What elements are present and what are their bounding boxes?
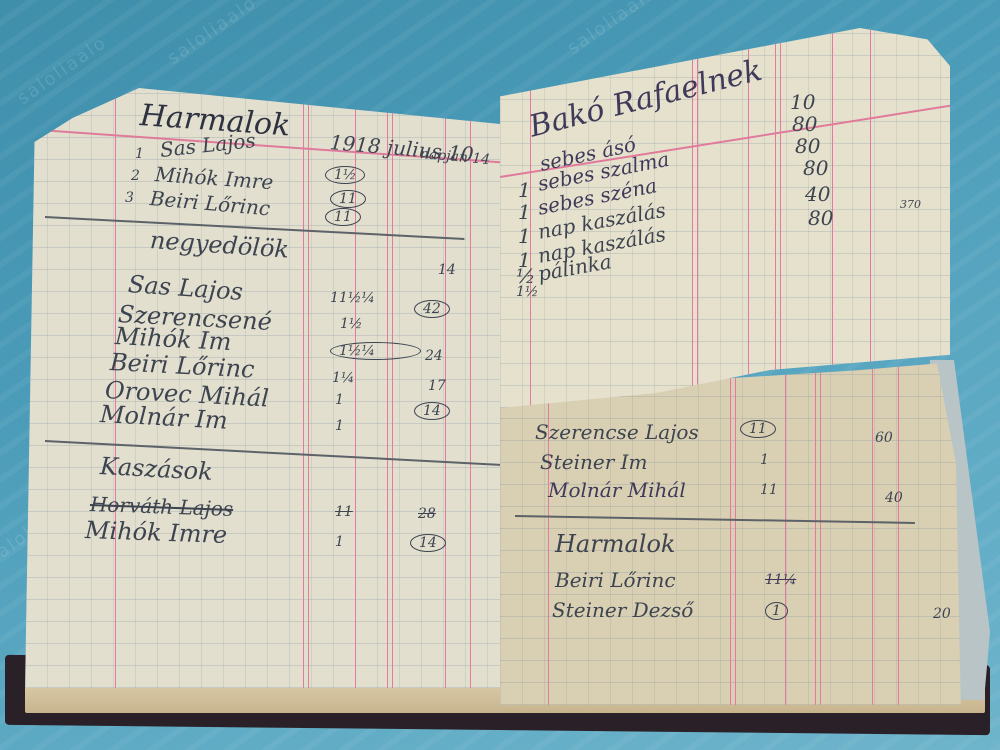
- quantity-circled: 11: [740, 420, 776, 438]
- rule-line: [303, 88, 309, 688]
- worker-name: Molnár Mihál: [548, 478, 686, 502]
- worker-name: Steiner Im: [540, 450, 647, 474]
- amount: 17: [428, 378, 446, 394]
- amount-circled: 42: [414, 300, 450, 318]
- quantity-circled: 11: [330, 190, 366, 208]
- pencil-divider: [515, 515, 915, 523]
- row-number: 2: [131, 168, 140, 184]
- worker-name: Beiri Lőrinc: [555, 568, 676, 592]
- rule-line: [785, 360, 786, 705]
- amount: 40: [885, 490, 903, 506]
- rule-line: [548, 360, 549, 705]
- amount: 60: [875, 430, 893, 446]
- worker-name: Szerencse Lajos: [535, 420, 699, 444]
- watermark-text: saloliaalo: [163, 0, 261, 69]
- quantity: 1: [335, 418, 344, 434]
- price: 80: [795, 134, 820, 158]
- quantity: 1¼: [332, 370, 354, 386]
- watermark-text: saloliaalo: [563, 0, 661, 59]
- quantity: 11: [760, 482, 778, 498]
- price: 80: [792, 112, 817, 136]
- section-heading: Kaszások: [99, 452, 213, 486]
- amount-circled: 14: [410, 534, 446, 552]
- rule-line: [872, 360, 873, 705]
- rule-line: [815, 360, 821, 705]
- price: 80: [808, 206, 833, 230]
- quantity: 1: [335, 534, 344, 550]
- price: 40: [805, 182, 830, 206]
- item-qty: 1: [518, 200, 531, 224]
- price: 80: [803, 156, 828, 180]
- quantity-circled: 1½¼: [330, 342, 421, 360]
- rule-line: [470, 88, 471, 688]
- worker-name: Mihók Imre: [85, 516, 228, 549]
- quantity-circled: 1: [765, 602, 788, 620]
- item-qty: 1½: [516, 284, 538, 300]
- note: 14: [438, 262, 456, 278]
- quantity: 1½: [340, 316, 362, 332]
- amount: 24: [425, 348, 443, 364]
- rule-line: [730, 360, 736, 705]
- rule-line: [775, 28, 781, 408]
- quantity: 11½¼: [330, 290, 375, 306]
- rule-line: [387, 88, 393, 688]
- rule-line: [898, 360, 899, 705]
- row-number: 1: [135, 146, 144, 162]
- margin-note: 370: [900, 198, 921, 211]
- row-number: 3: [125, 190, 134, 206]
- quantity-struck: 11¼: [765, 572, 796, 588]
- watermark-text: saloliaalo: [13, 32, 111, 109]
- quantity: 11: [335, 504, 353, 520]
- amount-circled: 14: [414, 402, 450, 420]
- amount: 28: [418, 506, 436, 522]
- amount: 20: [933, 606, 951, 622]
- price: 10: [790, 90, 815, 114]
- item-qty: 1: [518, 224, 531, 248]
- section-heading: Harmalok: [555, 530, 675, 558]
- quantity: 1: [760, 452, 769, 468]
- quantity-circled: 11: [325, 208, 361, 226]
- rule-line: [870, 28, 871, 408]
- worker-name: Steiner Dezső: [552, 598, 693, 622]
- quantity: 1: [335, 392, 344, 408]
- item-qty: 1: [518, 178, 531, 202]
